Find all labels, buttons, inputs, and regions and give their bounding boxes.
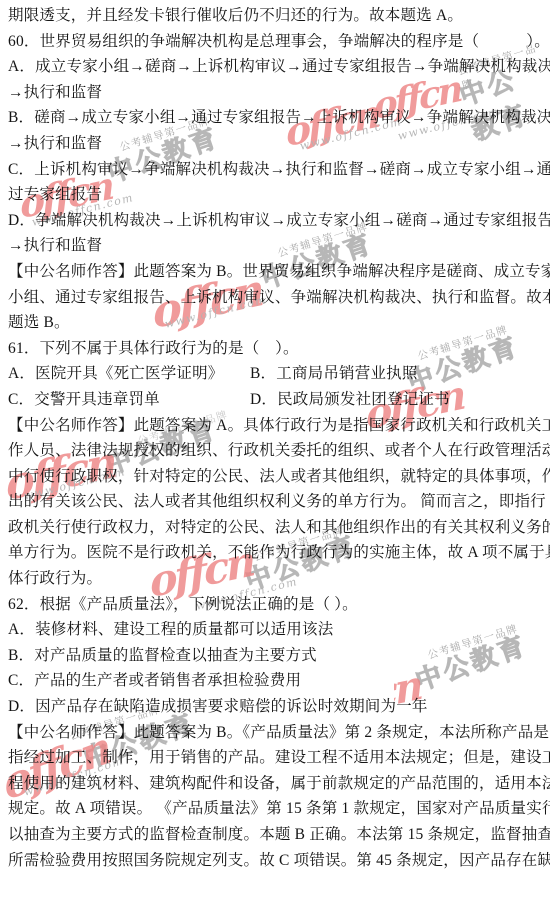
line-text: 过专家组报告: [8, 186, 102, 203]
document-lines: 期限透支，并且经发卡银行催收后仍不归还的行为。故本题选 A。60．世界贸易组织的…: [8, 3, 548, 873]
question-62: 62．根据《产品质量法》，下例说法正确的是（ ）。: [8, 592, 548, 618]
line-text: 60．世界贸易组织的争端解决机构是总理事会，争端解决的程序是（ ）。: [8, 33, 550, 50]
line-text-col2: B．工商局吊销营业执照: [250, 361, 418, 387]
line-text: 小组、通过专家组报告、上诉机构审议、争端解决机构裁决、执行和监督。故本: [8, 289, 550, 306]
line-text: →执行和监督: [8, 237, 102, 254]
answer-61: 体行政行为。: [8, 566, 548, 592]
option-60-c-wrap: 过专家组报告: [8, 182, 548, 208]
answer-61: 作人员、法律法规授权的组织、行政机关委托的组织、或者个人在行政管理活动: [8, 438, 548, 464]
line-text: 政机关行使行政权力，对特定的公民、法人和其他组织作出的有关其权利义务的: [8, 519, 550, 536]
line-text: 【中公名师作答】此题答案为 B。《产品质量法》第 2 条规定，本法所称产品是: [8, 724, 549, 741]
option-60-a: A．成立专家小组→磋商→上诉机构审议→通过专家组报告→争端解决机构裁决: [8, 54, 548, 80]
answer-62: 以抽查为主要方式的监督检查制度。本题 B 正确。本法第 15 条规定，监督抽查: [8, 822, 548, 848]
answer-60: 小组、通过专家组报告、上诉机构审议、争端解决机构裁决、执行和监督。故本: [8, 285, 548, 311]
line-text: 61．下列不属于具体行政行为的是（ ）。: [8, 340, 299, 357]
line-text: D．争端解决机构裁决→上诉机构审议→成立专家小组→磋商→通过专家组报告: [8, 212, 550, 229]
line-text: C．上诉机构审议→争端解决机构裁决→执行和监督→磋商→成立专家小组→通: [8, 161, 550, 178]
line-text-col2: D．民政局颁发社团登记证书: [250, 387, 450, 413]
option-62-c: C．产品的生产者或者销售者承担检验费用: [8, 668, 548, 694]
answer-62: 【中公名师作答】此题答案为 B。《产品质量法》第 2 条规定，本法所称产品是: [8, 720, 548, 746]
answer-62: 程使用的建筑材料、建筑构配件和设备，属于前款规定的产品范围的，适用本法: [8, 771, 548, 797]
option-60-a-wrap: →执行和监督: [8, 80, 548, 106]
line-text: 【中公名师作答】此题答案为 B。世界贸易组织争端解决程序是磋商、成立专家: [8, 263, 550, 280]
option-60-d: D．争端解决机构裁决→上诉机构审议→成立专家小组→磋商→通过专家组报告: [8, 208, 548, 234]
options-61-ab: A．医院开具《死亡医学证明》B．工商局吊销营业执照: [8, 361, 548, 387]
line-text: 作人员、法律法规授权的组织、行政机关委托的组织、或者个人在行政管理活动: [8, 442, 550, 459]
line-text: 62．根据《产品质量法》，下例说法正确的是（ ）。: [8, 596, 358, 613]
line-text: 【中公名师作答】此题答案为 A。具体行政行为是指国家行政机关和行政机关工: [8, 417, 550, 434]
line-text: 中行使行政职权，针对特定的公民、法人或者其他组织，就特定的具体事项，作: [8, 468, 550, 485]
line-text: A．装修材料、建设工程的质量都可以适用该法: [8, 621, 333, 638]
line-text: D．因产品存在缺陷造成损害要求赔偿的诉讼时效期间为一年: [8, 698, 428, 715]
answer-62: 规定。故 A 项错误。 《产品质量法》第 15 条第 1 款规定，国家对产品质量…: [8, 796, 548, 822]
answer-61: 单方行为。医院不是行政机关，不能作为行政行为的实施主体，故 A 项不属于具: [8, 540, 548, 566]
line-text: 期限透支，并且经发卡银行催收后仍不归还的行为。故本题选 A。: [8, 7, 463, 24]
line-text: C．产品的生产者或者销售者承担检验费用: [8, 672, 301, 689]
option-62-d: D．因产品存在缺陷造成损害要求赔偿的诉讼时效期间为一年: [8, 694, 548, 720]
question-61: 61．下列不属于具体行政行为的是（ ）。: [8, 336, 548, 362]
answer-62: 所需检验费用按照国务院规定列支。故 C 项错误。第 45 条规定，因产品存在缺: [8, 848, 548, 874]
line-text: 程使用的建筑材料、建筑构配件和设备，属于前款规定的产品范围的，适用本法: [8, 775, 550, 792]
answer-61: 出的有关该公民、法人或者其他组织权利义务的单方行为。 简而言之，即指行: [8, 489, 548, 515]
option-62-a: A．装修材料、建设工程的质量都可以适用该法: [8, 617, 548, 643]
options-61-cd: C．交警开具违章罚单D．民政局颁发社团登记证书: [8, 387, 548, 413]
answer-60: 【中公名师作答】此题答案为 B。世界贸易组织争端解决程序是磋商、成立专家: [8, 259, 548, 285]
line-text: C．交警开具违章罚单: [8, 391, 160, 408]
line-text: 单方行为。医院不是行政机关，不能作为行政行为的实施主体，故 A 项不属于具: [8, 544, 550, 561]
answer-61: 政机关行使行政权力，对特定的公民、法人和其他组织作出的有关其权利义务的: [8, 515, 548, 541]
option-60-c: C．上诉机构审议→争端解决机构裁决→执行和监督→磋商→成立专家小组→通: [8, 157, 548, 183]
answer-60: 题选 B。: [8, 310, 548, 336]
option-62-b: B．对产品质量的监督检查以抽查为主要方式: [8, 643, 548, 669]
line-text: 出的有关该公民、法人或者其他组织权利义务的单方行为。 简而言之，即指行: [8, 493, 546, 510]
line-text: B．对产品质量的监督检查以抽查为主要方式: [8, 647, 317, 664]
line-text: B．磋商→成立专家小组→通过专家组报告→上诉机构审议→争端解决机构裁决: [8, 109, 550, 126]
line-text: →执行和监督: [8, 135, 102, 152]
option-60-d-wrap: →执行和监督: [8, 233, 548, 259]
line-text: 规定。故 A 项错误。 《产品质量法》第 15 条第 1 款规定，国家对产品质量…: [8, 800, 550, 817]
question-60: 60．世界贸易组织的争端解决机构是总理事会，争端解决的程序是（ ）。: [8, 29, 548, 55]
line-text: →执行和监督: [8, 84, 102, 101]
answer-59-tail: 期限透支，并且经发卡银行催收后仍不归还的行为。故本题选 A。: [8, 3, 548, 29]
line-text: 所需检验费用按照国务院规定列支。故 C 项错误。第 45 条规定，因产品存在缺: [8, 852, 550, 869]
answer-61: 中行使行政职权，针对特定的公民、法人或者其他组织，就特定的具体事项，作: [8, 464, 548, 490]
line-text: 以抽查为主要方式的监督检查制度。本题 B 正确。本法第 15 条规定，监督抽查: [8, 826, 550, 843]
line-text: A．成立专家小组→磋商→上诉机构审议→通过专家组报告→争端解决机构裁决: [8, 58, 550, 75]
answer-62: 指经过加工、制作，用于销售的产品。建设工程不适用本法规定；但是，建设工: [8, 745, 548, 771]
answer-61: 【中公名师作答】此题答案为 A。具体行政行为是指国家行政机关和行政机关工: [8, 413, 548, 439]
document-page: 公考辅导第一品牌 中公教育 offcn www.offcn.com 公考辅导第一…: [0, 0, 550, 899]
line-text: 体行政行为。: [8, 570, 102, 587]
option-60-b: B．磋商→成立专家小组→通过专家组报告→上诉机构审议→争端解决机构裁决: [8, 105, 548, 131]
option-60-b-wrap: →执行和监督: [8, 131, 548, 157]
line-text: 指经过加工、制作，用于销售的产品。建设工程不适用本法规定；但是，建设工: [8, 749, 550, 766]
line-text: 题选 B。: [8, 314, 70, 331]
line-text: A．医院开具《死亡医学证明》: [8, 365, 224, 382]
